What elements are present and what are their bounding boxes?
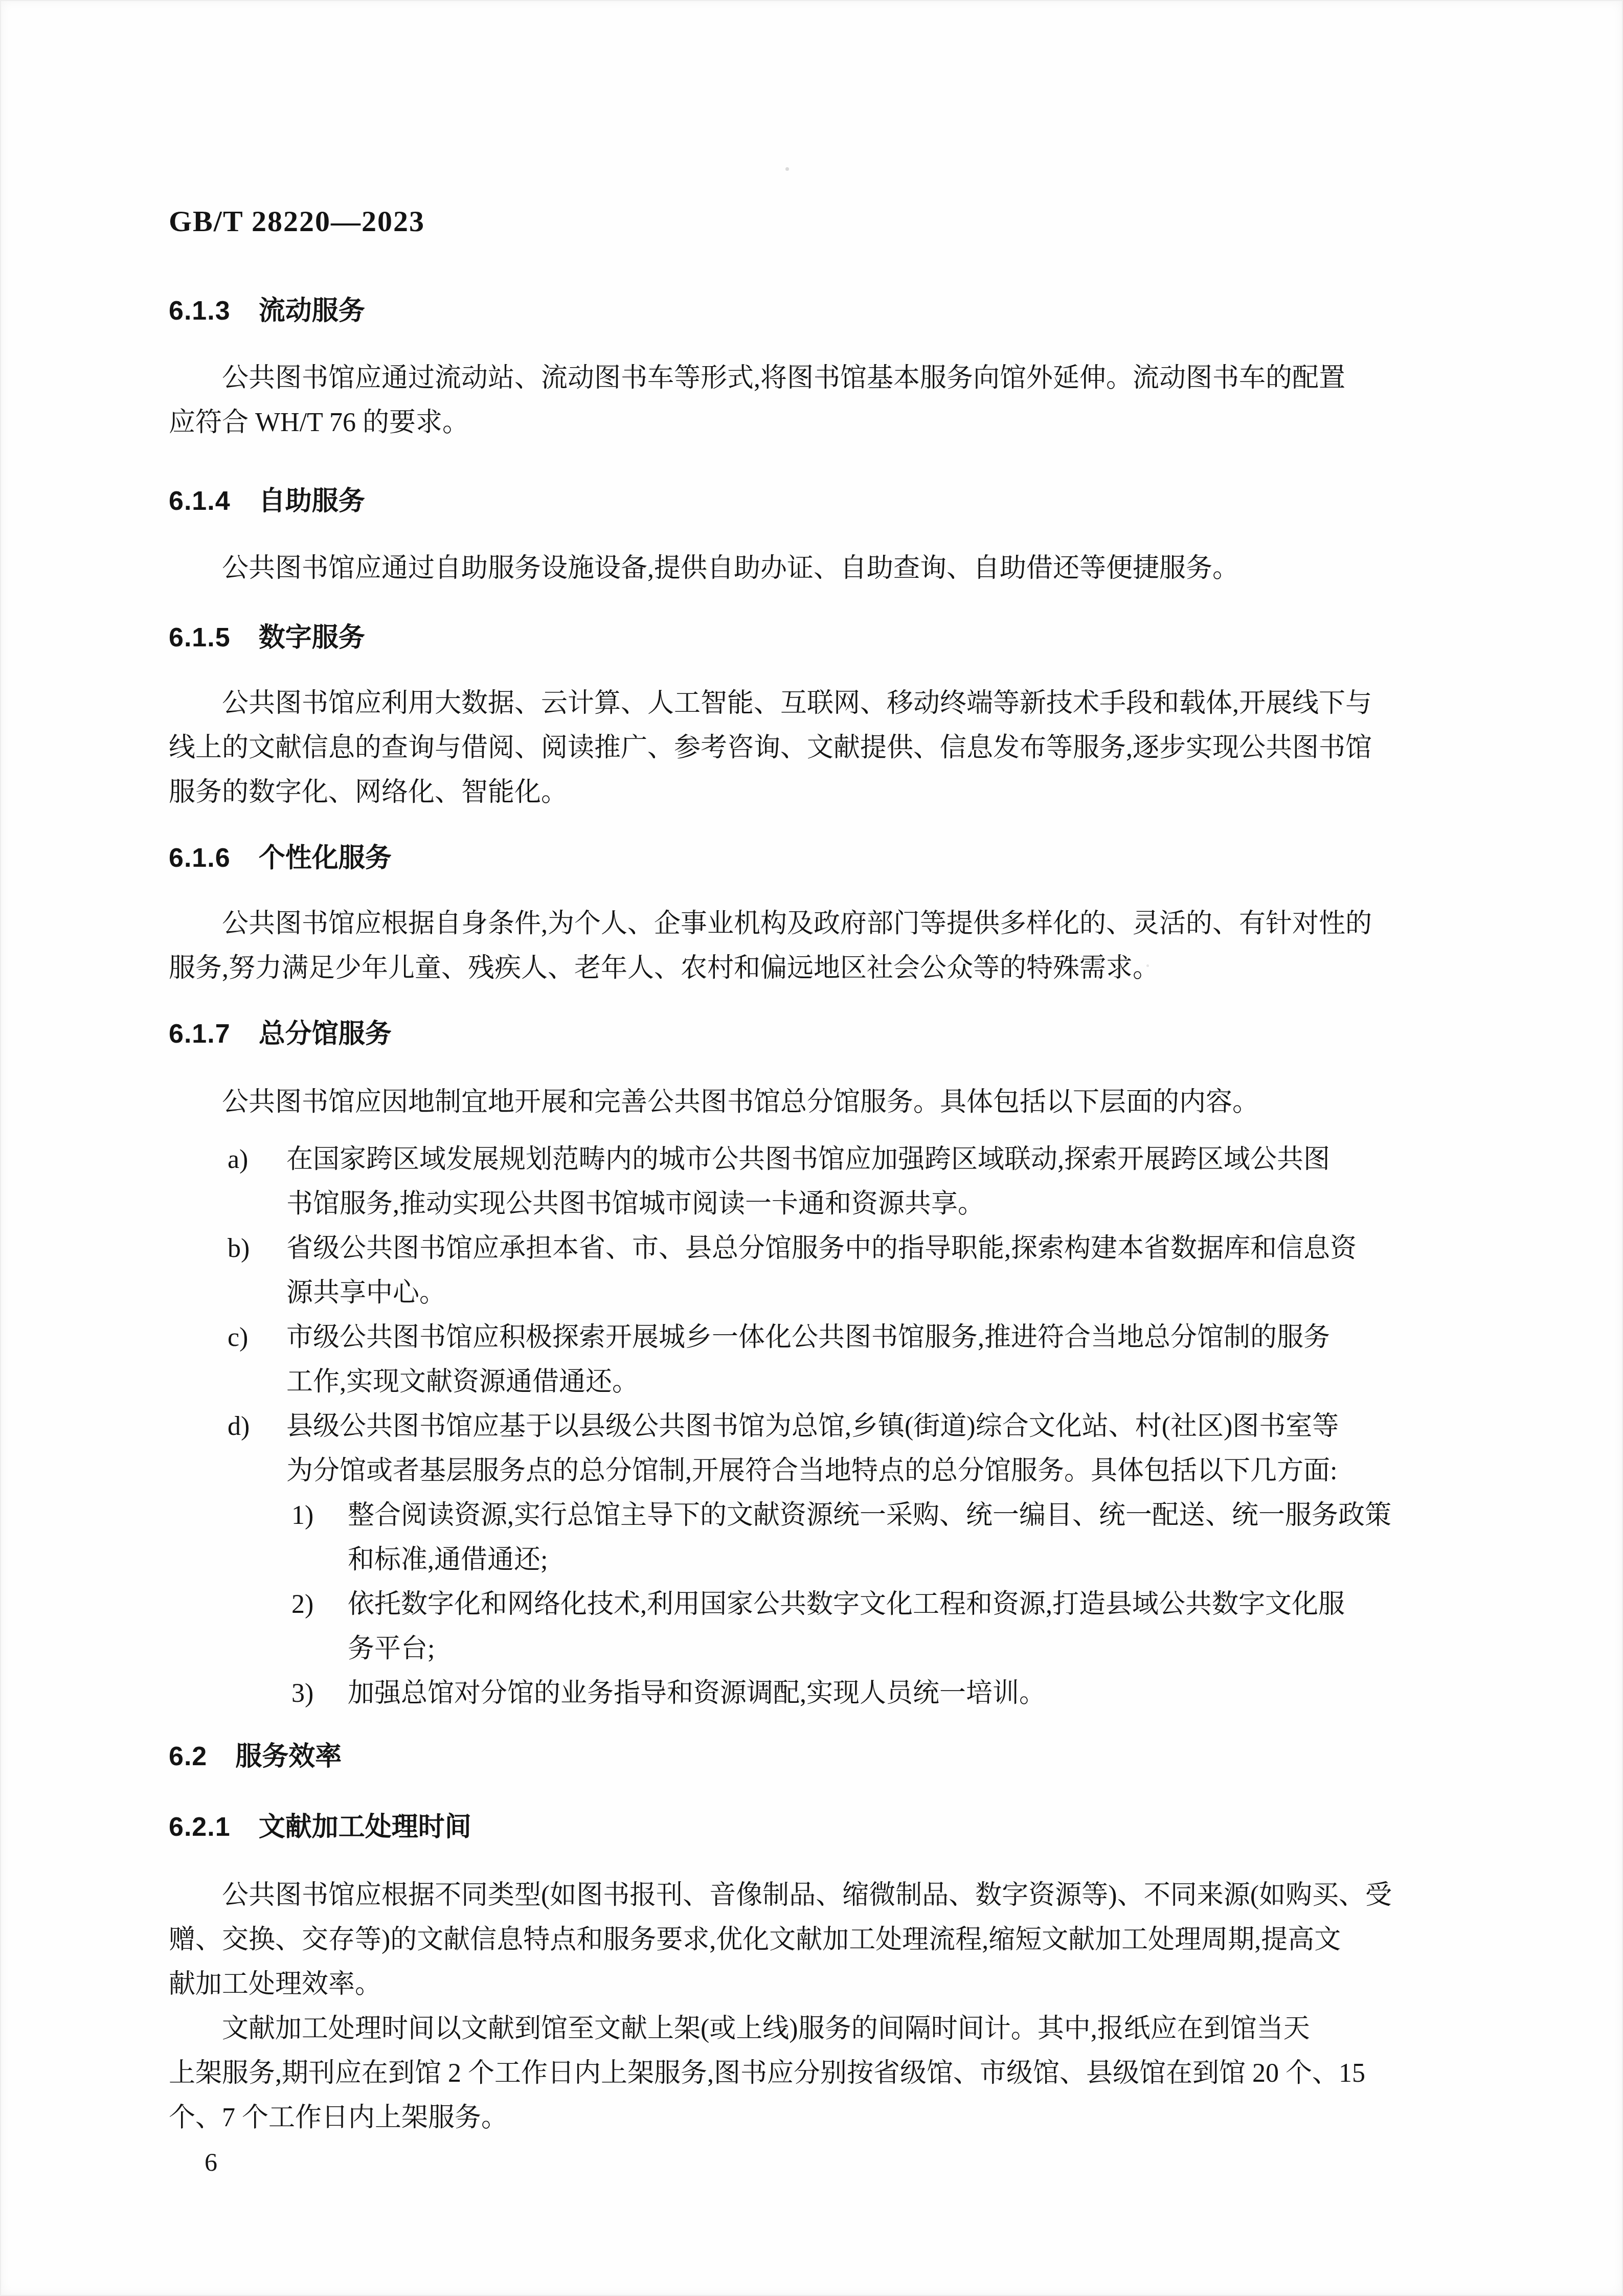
paragraph-line: 公共图书馆应根据不同类型(如图书报刊、音像制品、缩微制品、数字资源等)、不同来源… [169, 1873, 1470, 1918]
list-item-text: 在国家跨区域发展规划范畴内的城市公共图书馆应加强跨区域联动,探索开展跨区域公共图… [286, 1137, 1470, 1226]
section-heading-6-1-4: 6.1.4自助服务 [169, 486, 1470, 516]
heading-title: 总分馆服务 [259, 1019, 392, 1049]
heading-title: 服务效率 [235, 1742, 342, 1771]
paragraph: 文献加工处理时间以文献到馆至文献上架(或上线)服务的间隔时间计。其中,报纸应在到… [169, 2007, 1470, 2140]
list-item-b: b) 省级公共图书馆应承担本省、市、县总分馆服务中的指导职能,探索构建本省数据库… [228, 1226, 1470, 1315]
list-line: 源共享中心。 [286, 1271, 1470, 1315]
scan-speck [785, 167, 789, 171]
list-line: 务平台; [348, 1627, 1470, 1671]
paragraph-line: 个、7 个工作日内上架服务。 [169, 2096, 1470, 2140]
list-line: 在国家跨区域发展规划范畴内的城市公共图书馆应加强跨区域联动,探索开展跨区域公共图 [286, 1137, 1470, 1182]
list-item-d3: 3) 加强总馆对分馆的业务指导和资源调配,实现人员统一培训。 [228, 1671, 1470, 1716]
paragraph-line: 公共图书馆应通过自助服务设施设备,提供自助办证、自助查询、自助借还等便捷服务。 [169, 546, 1470, 591]
clause-list: a) 在国家跨区域发展规划范畴内的城市公共图书馆应加强跨区域联动,探索开展跨区域… [169, 1137, 1470, 1716]
heading-title: 个性化服务 [259, 843, 392, 873]
heading-number: 6.1.7 [169, 1019, 231, 1049]
heading-title: 流动服务 [259, 296, 365, 326]
list-line: 和标准,通借通还; [348, 1538, 1470, 1582]
list-marker: 2) [291, 1582, 348, 1671]
list-item-text: 整合阅读资源,实行总馆主导下的文献资源统一采购、统一编目、统一配送、统一服务政策… [348, 1493, 1470, 1582]
heading-title: 文献加工处理时间 [259, 1812, 471, 1842]
paragraph: 公共图书馆应通过自助服务设施设备,提供自助办证、自助查询、自助借还等便捷服务。 [169, 546, 1470, 591]
paragraph: 公共图书馆应因地制宜地开展和完善公共图书馆总分馆服务。具体包括以下层面的内容。 [169, 1080, 1470, 1124]
paragraph-line: 公共图书馆应因地制宜地开展和完善公共图书馆总分馆服务。具体包括以下层面的内容。 [169, 1080, 1470, 1124]
heading-number: 6.2.1 [169, 1812, 231, 1842]
section-heading-6-1-5: 6.1.5数字服务 [169, 622, 1470, 653]
paragraph-line: 应符合 WH/T 76 的要求。 [169, 400, 1470, 445]
list-line: 省级公共图书馆应承担本省、市、县总分馆服务中的指导职能,探索构建本省数据库和信息… [286, 1226, 1470, 1271]
list-line: 书馆服务,推动实现公共图书馆城市阅读一卡通和资源共享。 [286, 1182, 1470, 1226]
list-marker: d) [228, 1404, 286, 1493]
list-item-d: d) 县级公共图书馆应基于以县级公共图书馆为总馆,乡镇(街道)综合文化站、村(社… [228, 1404, 1470, 1493]
paragraph-line: 文献加工处理时间以文献到馆至文献上架(或上线)服务的间隔时间计。其中,报纸应在到… [169, 2007, 1470, 2051]
list-item-d2: 2) 依托数字化和网络化技术,利用国家公共数字文化工程和资源,打造县域公共数字文… [228, 1582, 1470, 1671]
paragraph: 公共图书馆应利用大数据、云计算、人工智能、互联网、移动终端等新技术手段和载体,开… [169, 681, 1470, 815]
paragraph-line: 公共图书馆应利用大数据、云计算、人工智能、互联网、移动终端等新技术手段和载体,开… [169, 681, 1470, 726]
paragraph-line: 公共图书馆应根据自身条件,为个人、企事业机构及政府部门等提供多样化的、灵活的、有… [169, 902, 1470, 946]
heading-number: 6.1.5 [169, 623, 231, 652]
list-line: 为分馆或者基层服务点的总分馆制,开展符合当地特点的总分馆服务。具体包括以下几方面… [286, 1449, 1470, 1493]
scan-speck [1146, 964, 1149, 967]
section-heading-6-2: 6.2服务效率 [169, 1741, 1470, 1772]
list-line: 依托数字化和网络化技术,利用国家公共数字文化工程和资源,打造县域公共数字文化服 [348, 1582, 1470, 1627]
list-line: 县级公共图书馆应基于以县级公共图书馆为总馆,乡镇(街道)综合文化站、村(社区)图… [286, 1404, 1470, 1449]
list-line: 整合阅读资源,实行总馆主导下的文献资源统一采购、统一编目、统一配送、统一服务政策 [348, 1493, 1470, 1538]
list-marker: 1) [291, 1493, 348, 1582]
paragraph: 公共图书馆应根据不同类型(如图书报刊、音像制品、缩微制品、数字资源等)、不同来源… [169, 1873, 1470, 2007]
list-line: 市级公共图书馆应积极探索开展城乡一体化公共图书馆服务,推进符合当地总分馆制的服务 [286, 1315, 1470, 1360]
page-content: GB/T 28220—2023 6.1.3流动服务 公共图书馆应通过流动站、流动… [0, 0, 1623, 2185]
list-item-d1: 1) 整合阅读资源,实行总馆主导下的文献资源统一采购、统一编目、统一配送、统一服… [228, 1493, 1470, 1582]
paragraph-line: 赠、交换、交存等)的文献信息特点和服务要求,优化文献加工处理流程,缩短文献加工处… [169, 1918, 1470, 1962]
heading-title: 数字服务 [259, 623, 365, 652]
paragraph-line: 服务,努力满足少年儿童、残疾人、老年人、农村和偏远地区社会公众等的特殊需求。 [169, 946, 1470, 991]
paragraph-line: 服务的数字化、网络化、智能化。 [169, 770, 1470, 815]
heading-number: 6.1.6 [169, 843, 231, 873]
section-heading-6-2-1: 6.2.1文献加工处理时间 [169, 1812, 1470, 1842]
heading-number: 6.1.3 [169, 296, 231, 326]
heading-number: 6.1.4 [169, 486, 231, 516]
list-marker: a) [228, 1137, 286, 1226]
list-marker: 3) [291, 1671, 348, 1716]
list-item-text: 依托数字化和网络化技术,利用国家公共数字文化工程和资源,打造县域公共数字文化服 … [348, 1582, 1470, 1671]
document-page: GB/T 28220—2023 6.1.3流动服务 公共图书馆应通过流动站、流动… [0, 0, 1623, 2296]
list-marker: c) [228, 1315, 286, 1404]
section-heading-6-1-7: 6.1.7总分馆服务 [169, 1019, 1470, 1049]
list-line: 加强总馆对分馆的业务指导和资源调配,实现人员统一培训。 [348, 1671, 1470, 1716]
list-marker: b) [228, 1226, 286, 1315]
paragraph-line: 线上的文献信息的查询与借阅、阅读推广、参考咨询、文献提供、信息发布等服务,逐步实… [169, 726, 1470, 770]
paragraph: 公共图书馆应通过流动站、流动图书车等形式,将图书馆基本服务向馆外延伸。流动图书车… [169, 356, 1470, 445]
paragraph-line: 公共图书馆应通过流动站、流动图书车等形式,将图书馆基本服务向馆外延伸。流动图书车… [169, 356, 1470, 400]
section-heading-6-1-6: 6.1.6个性化服务 [169, 843, 1470, 873]
list-item-text: 加强总馆对分馆的业务指导和资源调配,实现人员统一培训。 [348, 1671, 1470, 1716]
list-line: 工作,实现文献资源通借通还。 [286, 1360, 1470, 1404]
paragraph: 公共图书馆应根据自身条件,为个人、企事业机构及政府部门等提供多样化的、灵活的、有… [169, 902, 1470, 991]
list-item-a: a) 在国家跨区域发展规划范畴内的城市公共图书馆应加强跨区域联动,探索开展跨区域… [228, 1137, 1470, 1226]
paragraph-line: 献加工处理效率。 [169, 1962, 1470, 2007]
standard-code: GB/T 28220—2023 [169, 0, 1470, 239]
paragraph-line: 上架服务,期刊应在到馆 2 个工作日内上架服务,图书应分别按省级馆、市级馆、县级… [169, 2051, 1470, 2096]
page-number: 6 [169, 2140, 1470, 2185]
list-item-text: 省级公共图书馆应承担本省、市、县总分馆服务中的指导职能,探索构建本省数据库和信息… [286, 1226, 1470, 1315]
list-item-c: c) 市级公共图书馆应积极探索开展城乡一体化公共图书馆服务,推进符合当地总分馆制… [228, 1315, 1470, 1404]
section-heading-6-1-3: 6.1.3流动服务 [169, 296, 1470, 326]
list-item-text: 市级公共图书馆应积极探索开展城乡一体化公共图书馆服务,推进符合当地总分馆制的服务… [286, 1315, 1470, 1404]
list-item-text: 县级公共图书馆应基于以县级公共图书馆为总馆,乡镇(街道)综合文化站、村(社区)图… [286, 1404, 1470, 1493]
heading-title: 自助服务 [259, 486, 365, 516]
heading-number: 6.2 [169, 1742, 207, 1771]
